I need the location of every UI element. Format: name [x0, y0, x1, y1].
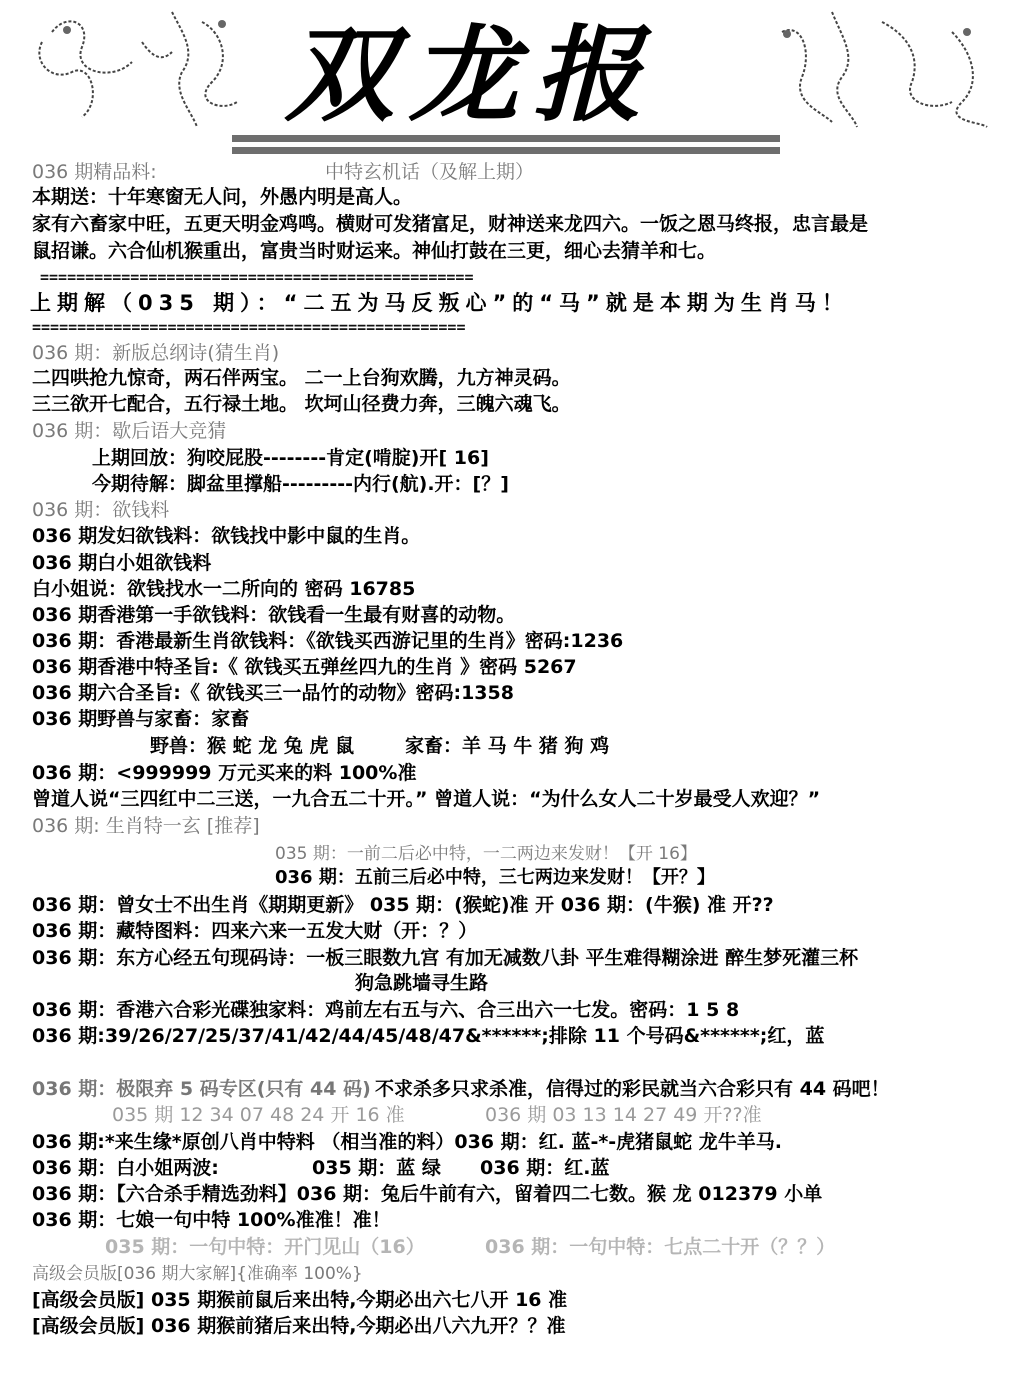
- last-issue-answer: 上期解（035 期）：“二五为马反叛心”的“马”就是本期为生肖马！: [30, 287, 849, 317]
- beasts-list: 野兽：猴 蛇 龙 兔 虎 鼠: [150, 734, 354, 758]
- misc-continuation: 狗急跳墙寻生路: [355, 971, 488, 995]
- misc-line: 036 期：曾女士不出生肖《期期更新》 035 期：(猴蛇)准 开 036 期：…: [32, 893, 774, 917]
- dragon-icon: [762, 2, 1002, 130]
- kill-heading-slogan: 不求杀多只求杀准，信得过的彩民就当六合彩只有 44 码吧！: [375, 1077, 890, 1101]
- dragon-right-illustration: [762, 2, 1002, 130]
- money-line: 白小姐说：欲钱找水一二所向的 密码 16785: [32, 577, 415, 601]
- separator: ========================================…: [40, 268, 473, 286]
- kill-heading: 036 期：极限弃 5 码专区(只有 44 码): [32, 1077, 371, 1101]
- money-line: 036 期六合圣旨:《 欲钱买三一品竹的动物》密码:1358: [32, 681, 514, 705]
- riddle-current: 今期待解：脚盆里撑船---------内行(航).开：[？]: [92, 472, 509, 496]
- money-line: 036 期野兽与家畜：家畜: [32, 707, 249, 731]
- vip-line: [高级会员版] 036 期猴前猪后来出特,今期必出八六九开？？准: [32, 1314, 565, 1338]
- zodiac-current: 036 期：五前三后必中特，三七两边来发财！【开？】: [275, 866, 715, 890]
- page-title: 双龙报: [285, 20, 657, 130]
- dragon-left-illustration: [22, 2, 262, 130]
- section-heading: 036 期：歇后语大竞猜: [32, 419, 226, 443]
- bottom-line: 036 期:*来生缘*原创八肖中特料 （相当准的料）036 期：红. 蓝-*-虎…: [32, 1130, 782, 1154]
- misc-line: 036 期：藏特图料：四来六来一五发大财（开：？）: [32, 919, 477, 943]
- poem-line: 二四哄抢九惊奇，两石伴两宝。 二一上台狗欢腾，九方神灵码。: [32, 366, 571, 390]
- money-line: 036 期香港第一手欲钱料：欲钱看一生最有财喜的动物。: [32, 603, 515, 627]
- one-line-prev: 035 期：一句中特：开门见山（16）: [105, 1235, 425, 1259]
- money-line: 036 期香港中特圣旨:《 欲钱买五弹丝四九的生肖 》密码 5267: [32, 655, 577, 679]
- one-line-current: 036 期：一句中特：七点二十开（？？）: [485, 1235, 835, 1259]
- vip-line: [高级会员版] 035 期猴前鼠后来出特,今期必出六七八开 16 准: [32, 1288, 567, 1312]
- separator: ========================================…: [32, 318, 465, 336]
- poem-line: 三三欲开七配合，五行禄土地。 坎坷山径费力奔，三魄六魂飞。: [32, 392, 571, 416]
- wave-prev: 035 期：蓝 绿: [312, 1156, 441, 1180]
- header-rule: [232, 135, 780, 142]
- wave-current: 036 期：红.蓝: [480, 1156, 610, 1180]
- kill-current: 036 期 03 13 14 27 49 开??准: [485, 1103, 762, 1127]
- section-heading: 036 期：欲钱料: [32, 498, 169, 522]
- taoist-line: 曾道人说“三四红中二三送，一九合五二十开。” 曾道人说：“为什么女人二十岁最受人…: [32, 787, 820, 811]
- hk-line: 036 期：香港六合彩光碟独家料：鸡前左右五与六、合三出六一七发。密码：1 5 …: [32, 998, 739, 1022]
- intro-label: 036 期精品料:: [32, 160, 157, 184]
- kill-prev: 035 期 12 34 07 48 24 开 16 准: [112, 1103, 405, 1127]
- section-heading: 036 期：新版总纲诗(猜生肖): [32, 341, 279, 365]
- bought-line: 036 期：<999999 万元买来的料 100%准: [32, 761, 416, 785]
- zodiac-prev: 035 期：一前二后必中特，一二两边来发财！【开 16】: [275, 842, 697, 866]
- riddle-last: 上期回放：狗咬屁股--------肯定(啃腚)开[ 16]: [92, 446, 489, 470]
- bottom-line: 036 期：白小姐两波:: [32, 1156, 219, 1180]
- header-rule: [232, 147, 780, 154]
- money-line: 036 期发妇欲钱料：欲钱找中影中鼠的生肖。: [32, 524, 420, 548]
- dragon-icon: [22, 2, 262, 130]
- vip-heading: 高级会员版[036 期大家解]{准确率 100%}: [32, 1262, 363, 1286]
- misc-line: 036 期：东方心经五句现码诗：一板三眼数九宫 有加无减数八卦 平生难得糊涂进 …: [32, 946, 858, 970]
- intro-poem-line: 家有六畜家中旺，五更天明金鸡鸣。横财可发猪富足，财神送来龙四六。一饭之恩马终报，…: [32, 212, 868, 236]
- livestock-list: 家畜：羊 马 牛 猪 狗 鸡: [405, 734, 609, 758]
- money-line: 036 期：香港最新生肖欲钱料：《欲钱买西游记里的生肖》密码:1236: [32, 629, 623, 653]
- section-heading: 036 期: 生肖特一玄 [推荐]: [32, 814, 260, 838]
- bottom-line: 036 期：七娘一句中特 100%准准！准！: [32, 1208, 391, 1232]
- intro-subtitle: 中特玄机话（及解上期）: [325, 160, 534, 184]
- intro-poem-line: 鼠招谦。六合仙机猴重出，富贵当时财运来。神仙打鼓在三更，细心去猜羊和七。: [32, 239, 716, 263]
- hk-line: 036 期:39/26/27/25/37/41/42/44/45/48/47&*…: [32, 1024, 824, 1048]
- intro-send-line: 本期送：十年寒窗无人问，外愚内明是高人。: [32, 185, 412, 209]
- bottom-line: 036 期：【六合杀手精选劲料】036 期：兔后牛前有六，留着四二七数。猴 龙 …: [32, 1182, 822, 1206]
- money-line: 036 期白小姐欲钱料: [32, 551, 211, 575]
